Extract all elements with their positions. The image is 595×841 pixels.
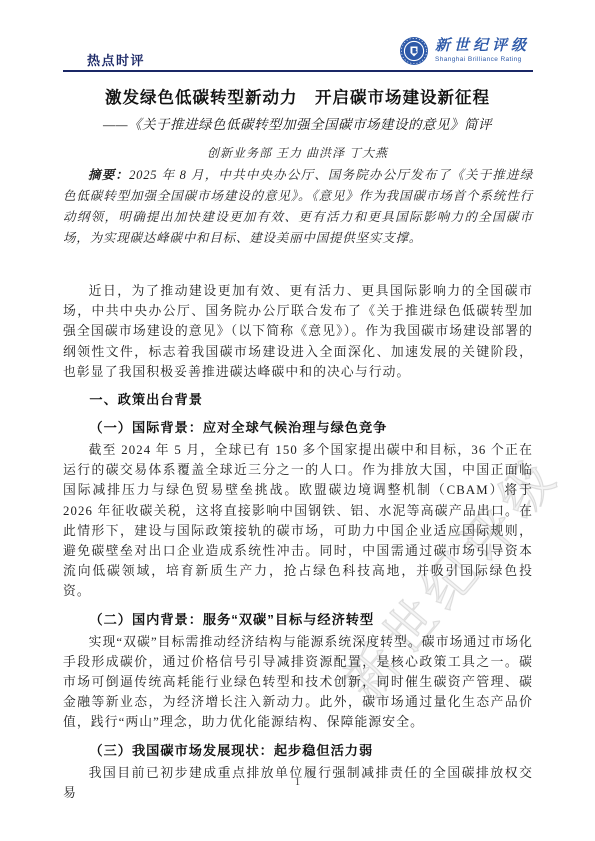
logo-name-en: Shanghai Brilliance Rating (435, 56, 530, 63)
logo-name-cn: 新世纪评级 (435, 38, 530, 54)
paragraph-domestic: 实现“双碳”目标需推动经济结构与能源系统深度转型。碳市场通过市场化手段形成碳价，… (63, 632, 533, 733)
abstract-paragraph: 摘要：2025 年 8 月，中共中央办公厅、国务院办公厅发布了《关于推进绿色低碳… (63, 165, 533, 249)
section-heading-policy-background: 一、政策出台背景 (63, 390, 533, 410)
article-subtitle: ——《关于推进绿色低碳转型加强全国碳市场建设的意见》简评 (0, 113, 595, 133)
article-title: 激发绿色低碳转型新动力 开启碳市场建设新征程 (0, 84, 595, 108)
document-page: 热点时评 新世纪评级 Shanghai Brilliance Rating 新世… (0, 0, 595, 841)
brand-logo: 新世纪评级 Shanghai Brilliance Rating (399, 36, 530, 66)
subsection-heading-market-status: （三）我国碳市场发展现状：起步稳但活力弱 (63, 741, 533, 761)
subsection-heading-domestic: （二）国内背景：服务“双碳”目标与经济转型 (63, 610, 533, 630)
logo-emblem-icon (399, 36, 429, 66)
author-line: 创新业务部 王力 曲洪泽 丁大燕 (0, 144, 595, 161)
header-divider (63, 70, 533, 72)
article-body: 近日，为了推动建设更加有效、更有活力、更具国际影响力的全国碳市场，中共中央办公厅… (63, 281, 533, 803)
column-label: 热点时评 (87, 50, 145, 69)
logo-text: 新世纪评级 Shanghai Brilliance Rating (435, 36, 530, 63)
subsection-heading-international: （一）国际背景：应对全球气候治理与绿色竞争 (63, 418, 533, 438)
abstract-label: 摘要： (88, 168, 129, 182)
abstract-text: 2025 年 8 月，中共中央办公厅、国务院办公厅发布了《关于推进绿色低碳转型加… (63, 168, 533, 245)
paragraph-intro: 近日，为了推动建设更加有效、更有活力、更具国际影响力的全国碳市场，中共中央办公厅… (63, 281, 533, 382)
paragraph-international: 截至 2024 年 5 月，全球已有 150 多个国家提出碳中和目标，36 个正… (63, 440, 533, 602)
page-number: 1 (0, 777, 595, 788)
